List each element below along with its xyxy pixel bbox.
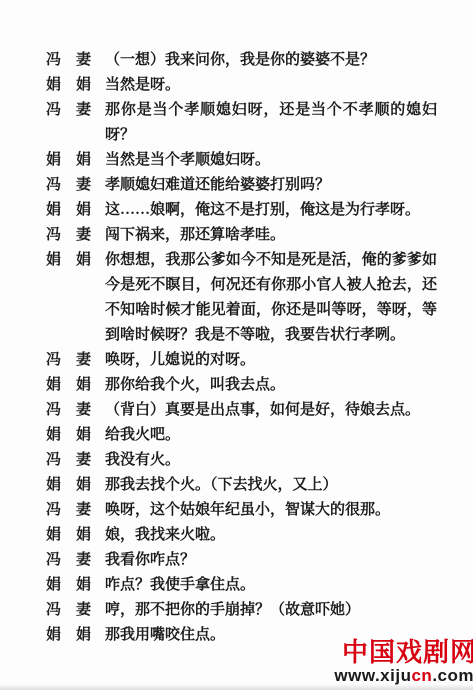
watermark-url: www.xijucn.com	[334, 667, 473, 684]
dialogue-text: 我没有火。	[105, 448, 437, 473]
speaker-name: 冯 妻	[46, 348, 91, 373]
speaker-name: 冯 妻	[46, 398, 91, 423]
dialogue-text: 孝顺媳妇难道还能给婆婆打别吗？	[105, 173, 437, 198]
dialogue-text: 那我去找个火。（下去找火，又上）	[105, 473, 437, 498]
dialogue-row: 冯 妻 哼，那不把你的手崩掉？（故意吓她）	[46, 598, 437, 623]
speaker-name: 娟 娟	[46, 573, 91, 598]
dialogue-row: 冯 妻 闯下祸来，那还算啥孝哇。	[46, 223, 437, 248]
dialogue-text: （一想）我来问你，我是你的婆婆不是？	[105, 48, 437, 73]
watermark-url-suffix: .com	[432, 666, 473, 685]
dialogue-text: 唤呀，这个姑娘年纪虽小，智谋大的很那。	[105, 498, 437, 523]
speaker-name: 娟 娟	[46, 73, 91, 98]
dialogue-row: 娟 娟 当然是呀。	[46, 73, 437, 98]
speaker-name: 娟 娟	[46, 473, 91, 498]
dialogue-text: 娘，我找来火啦。	[105, 523, 437, 548]
dialogue-row: 冯 妻 （一想）我来问你，我是你的婆婆不是？	[46, 48, 437, 73]
dialogue-row: 娟 娟 娘，我找来火啦。	[46, 523, 437, 548]
dialogue-row: 冯 妻 我看你咋点？	[46, 548, 437, 573]
dialogue-text: 那你是当个孝顺媳妇呀，还是当个不孝顺的媳妇呀？	[105, 98, 437, 148]
dialogue-row: 冯 妻 那你是当个孝顺媳妇呀，还是当个不孝顺的媳妇呀？	[46, 98, 437, 148]
dialogue-text: 哼，那不把你的手崩掉？（故意吓她）	[105, 598, 437, 623]
dialogue-row: 冯 妻 孝顺媳妇难道还能给婆婆打别吗？	[46, 173, 437, 198]
dialogue-row: 娟 娟 你想想，我那公爹如今不知是死是活，俺的爹爹如今是死不瞑目，何况还有你那小…	[46, 248, 437, 348]
speaker-name: 冯 妻	[46, 173, 91, 198]
dialogue-text: 当然是当个孝顺媳妇呀。	[105, 148, 437, 173]
dialogue-row: 娟 娟 这……娘啊，俺这不是打别，俺这是为行孝呀。	[46, 198, 437, 223]
dialogue-row: 冯 妻 唤呀，儿媳说的对呀。	[46, 348, 437, 373]
speaker-name: 娟 娟	[46, 198, 91, 223]
dialogue-text: 闯下祸来，那还算啥孝哇。	[105, 223, 437, 248]
dialogue-list: 冯 妻 （一想）我来问你，我是你的婆婆不是？ 娟 娟 当然是呀。 冯 妻 那你是…	[46, 48, 437, 648]
speaker-name: 娟 娟	[46, 148, 91, 173]
dialogue-text: （背白）真要是出点事，如何是好，待娘去点。	[105, 398, 437, 423]
watermark-logo-text: 中国戏剧网	[334, 639, 473, 665]
dialogue-row: 冯 妻 我没有火。	[46, 448, 437, 473]
speaker-name: 娟 娟	[46, 423, 91, 448]
watermark-url-highlight: cn	[411, 666, 432, 685]
dialogue-text: 我看你咋点？	[105, 548, 437, 573]
speaker-name: 冯 妻	[46, 448, 91, 473]
watermark-url-prefix: www.xiju	[334, 666, 411, 685]
dialogue-row: 娟 娟 咋点？我使手拿住点。	[46, 573, 437, 598]
speaker-name: 冯 妻	[46, 498, 91, 523]
dialogue-row: 冯 妻 唤呀，这个姑娘年纪虽小，智谋大的很那。	[46, 498, 437, 523]
speaker-name: 冯 妻	[46, 223, 91, 248]
dialogue-text: 那你给我个火，叫我去点。	[105, 373, 437, 398]
speaker-name: 冯 妻	[46, 98, 91, 123]
watermark: 中国戏剧网 www.xijucn.com	[334, 639, 473, 684]
dialogue-row: 娟 娟 当然是当个孝顺媳妇呀。	[46, 148, 437, 173]
speaker-name: 冯 妻	[46, 48, 91, 73]
dialogue-text: 唤呀，儿媳说的对呀。	[105, 348, 437, 373]
speaker-name: 娟 娟	[46, 623, 91, 648]
dialogue-text: 当然是呀。	[105, 73, 437, 98]
speaker-name: 冯 妻	[46, 548, 91, 573]
dialogue-text: 你想想，我那公爹如今不知是死是活，俺的爹爹如今是死不瞑目，何况还有你那小官人被人…	[105, 248, 437, 348]
dialogue-row: 娟 娟 给我火吧。	[46, 423, 437, 448]
dialogue-text: 咋点？我使手拿住点。	[105, 573, 437, 598]
dialogue-row: 冯 妻 （背白）真要是出点事，如何是好，待娘去点。	[46, 398, 437, 423]
speaker-name: 冯 妻	[46, 598, 91, 623]
speaker-name: 娟 娟	[46, 523, 91, 548]
speaker-name: 娟 娟	[46, 248, 91, 273]
dialogue-row: 娟 娟 那我去找个火。（下去找火，又上）	[46, 473, 437, 498]
dialogue-row: 娟 娟 那你给我个火，叫我去点。	[46, 373, 437, 398]
dialogue-text: 这……娘啊，俺这不是打别，俺这是为行孝呀。	[105, 198, 437, 223]
script-page: 冯 妻 （一想）我来问你，我是你的婆婆不是？ 娟 娟 当然是呀。 冯 妻 那你是…	[0, 0, 473, 690]
speaker-name: 娟 娟	[46, 373, 91, 398]
dialogue-text: 给我火吧。	[105, 423, 437, 448]
